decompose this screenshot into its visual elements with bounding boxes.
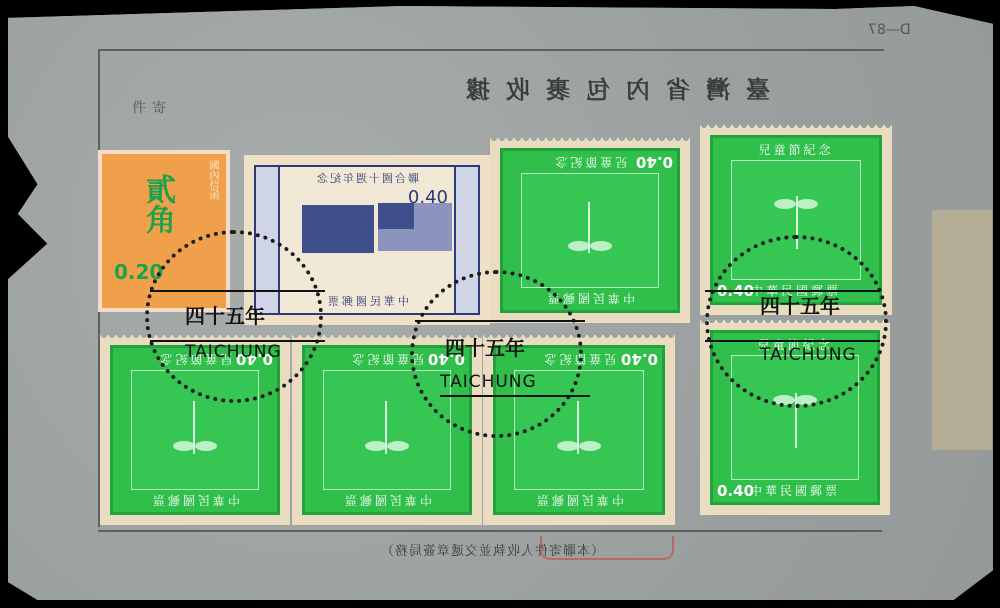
- form-code: D—87: [868, 22, 911, 38]
- side-label: 寄件: [128, 100, 168, 114]
- postmark-bar: [440, 395, 590, 397]
- stamp-country: 中華民國郵票: [496, 492, 662, 509]
- postmark-date: 四十五年: [760, 290, 840, 319]
- overprint-chars: 貳角: [140, 174, 174, 234]
- postmark-city: TAICHUNG: [760, 345, 857, 365]
- stain-patch: [932, 210, 992, 450]
- red-handstamp: [540, 536, 674, 560]
- postmark-city: TAICHUNG: [440, 372, 537, 392]
- stamp-country: 中華民國郵票: [305, 492, 469, 509]
- stamp-country: 中華民國郵票: [113, 492, 277, 509]
- postmark-date: 四十五年: [445, 332, 525, 361]
- postmark-bar: [150, 290, 325, 292]
- un-flag-icon: [302, 205, 374, 253]
- stamp-caption: 兒童節紀念: [713, 141, 879, 158]
- stamp-issue-title: 聯合國十週年紀念: [286, 170, 448, 186]
- postmark-bar: [705, 340, 880, 342]
- roc-flag-icon: [378, 203, 452, 251]
- stamp-denomination: 0.40: [717, 482, 754, 500]
- form-title: 臺灣省內包裹收據: [450, 70, 770, 105]
- postmark-city: TAICHUNG: [185, 342, 282, 362]
- stamp-denomination: 0.40: [636, 153, 673, 171]
- postmark-date: 四十五年: [185, 300, 265, 329]
- postmark-circle: [705, 235, 888, 408]
- stamp-denomination: 0.40: [621, 350, 658, 368]
- form-bottom-rule: [98, 530, 882, 532]
- postmark-bar: [415, 320, 585, 322]
- stamp-header: 國內信函: [205, 160, 220, 200]
